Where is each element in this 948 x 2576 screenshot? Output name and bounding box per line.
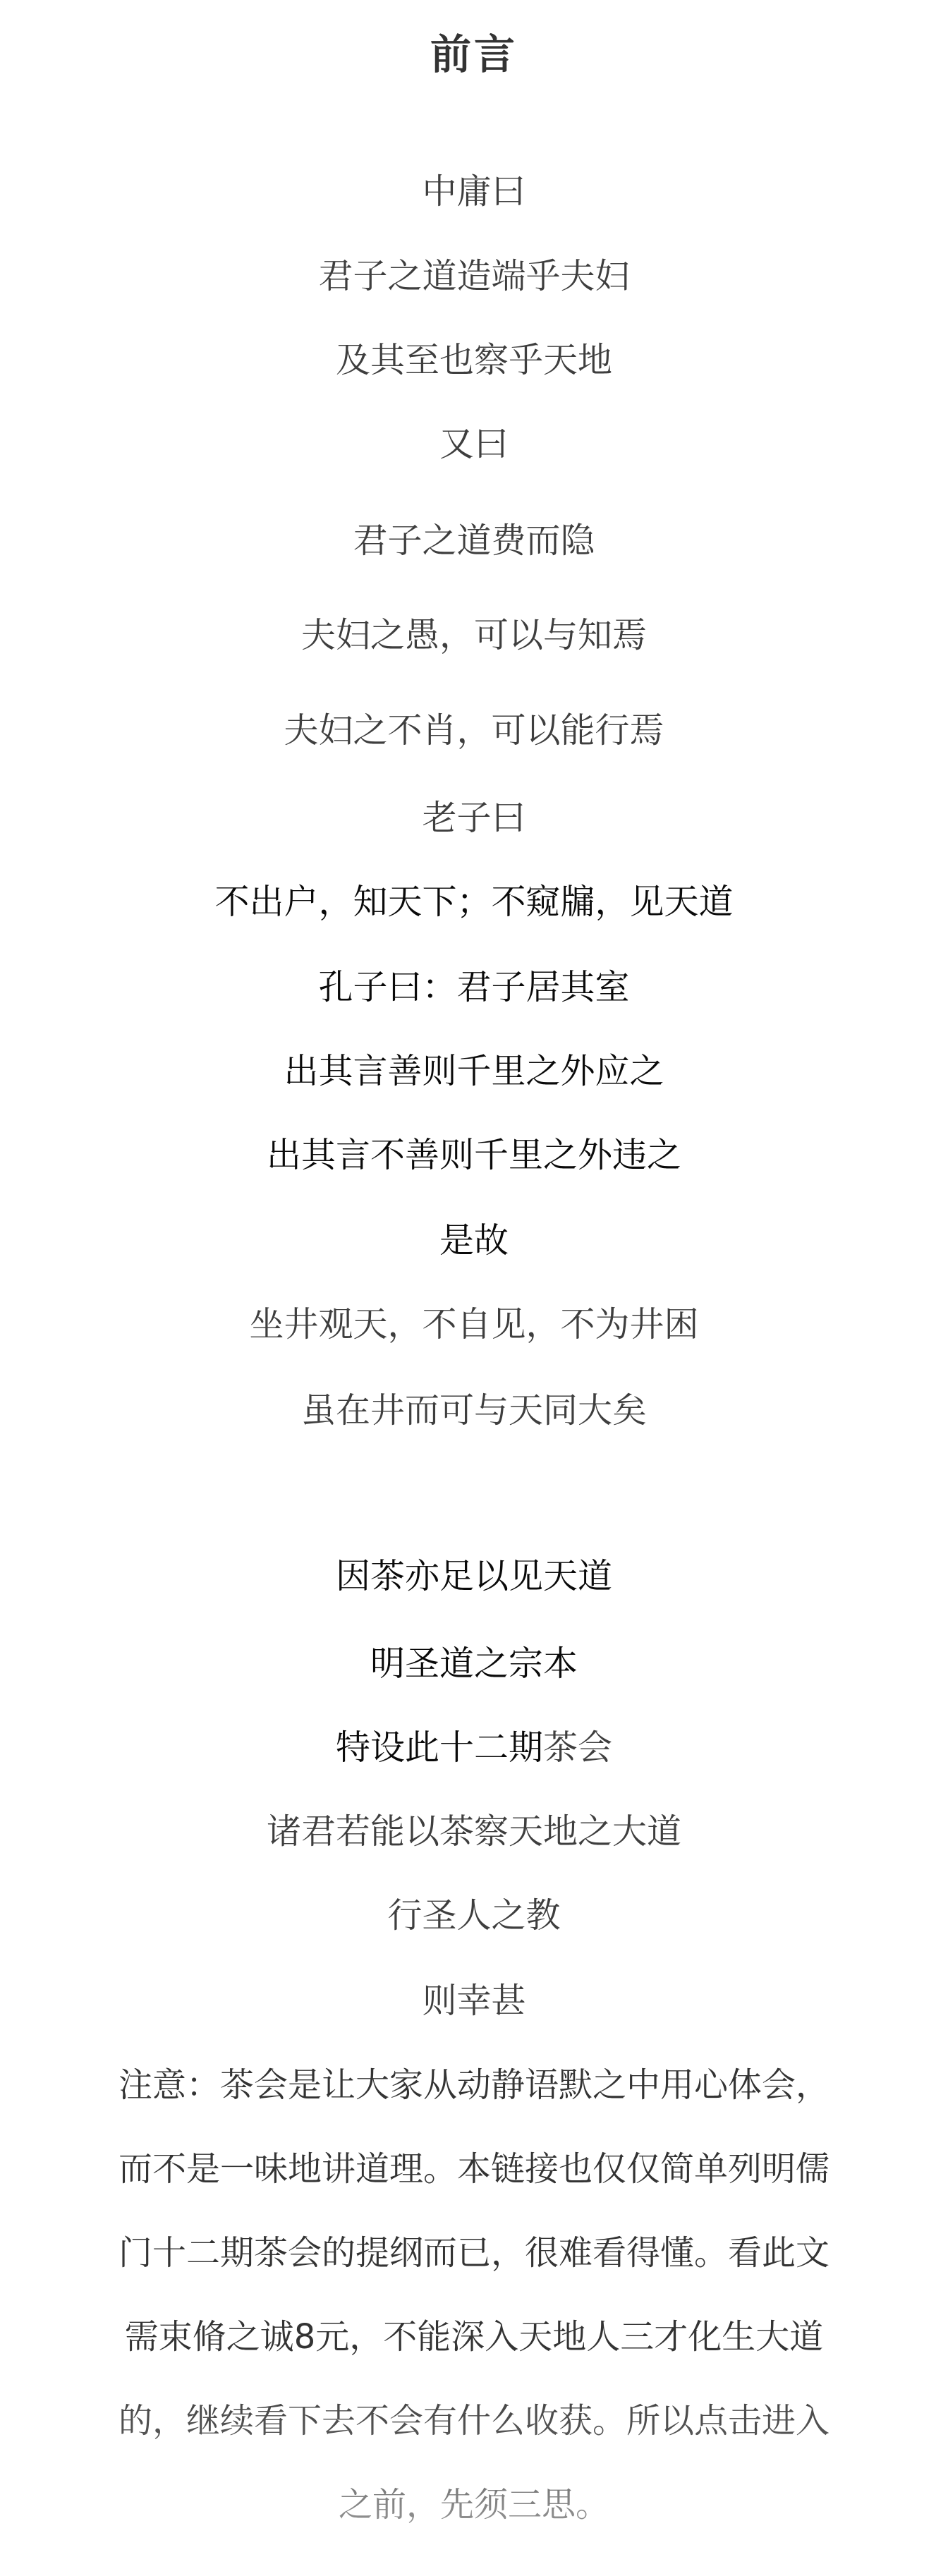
verse-line: 因茶亦足以见天道 <box>0 1552 948 1601</box>
verse-line: 不出户，知天下；不窥牖，见天道 <box>0 877 948 927</box>
verse-line: 虽在井而可与天同大矣 <box>0 1386 948 1435</box>
verse-line: 孔子曰：君子居其室 <box>0 963 948 1012</box>
verse-line: 诸君若能以茶察天地之大道 <box>0 1807 948 1857</box>
verse-line: 夫妇之不肖，可以能行焉 <box>0 706 948 755</box>
verse-line-mixed: 特设此十二期茶会 <box>0 1723 948 1773</box>
verse-line: 老子曰 <box>0 794 948 843</box>
notice-line: 门十二期茶会的提纲而已，很难看得懂。看此文 <box>0 2228 948 2278</box>
notice-line: 而不是一味地讲道理。本链接也仅仅简单列明儒 <box>0 2144 948 2194</box>
paywall-fade-overlay <box>0 2349 948 2576</box>
verse-segment: 特设此十二期 <box>336 1727 543 1768</box>
verse-line: 行圣人之教 <box>0 1891 948 1940</box>
verse-line: 及其至也察乎天地 <box>0 336 948 385</box>
verse-segment: 茶会 <box>543 1727 612 1768</box>
verse-line: 明圣道之宗本 <box>0 1639 948 1689</box>
notice-line: 需束脩之诚8元，不能深入天地人三才化生大道 <box>0 2312 948 2362</box>
verse-line: 则幸甚 <box>0 1976 948 2026</box>
verse-line: 是故 <box>0 1216 948 1265</box>
page-title: 前言 <box>0 28 948 80</box>
verse-line: 夫妇之愚，可以与知焉 <box>0 611 948 660</box>
verse-line: 中庸曰 <box>0 167 948 217</box>
notice-line: 的，继续看下去不会有什么收获。所以点击进入 <box>0 2396 948 2446</box>
verse-line: 君子之道造端乎夫妇 <box>0 252 948 301</box>
notice-line: 注意：茶会是让大家从动静语默之中用心体会， <box>0 2060 948 2110</box>
verse-line: 出其言善则千里之外应之 <box>0 1047 948 1096</box>
notice-line: 之前，先须三思。 <box>0 2480 948 2529</box>
verse-line: 君子之道费而隐 <box>0 516 948 566</box>
verse-line: 出其言不善则千里之外违之 <box>0 1131 948 1180</box>
article-page: 前言 中庸曰 君子之道造端乎夫妇 及其至也察乎天地 又曰 君子之道费而隐 夫妇之… <box>0 0 948 2576</box>
verse-line: 坐井观天，不自见，不为井困 <box>0 1300 948 1349</box>
verse-line: 又曰 <box>0 420 948 469</box>
